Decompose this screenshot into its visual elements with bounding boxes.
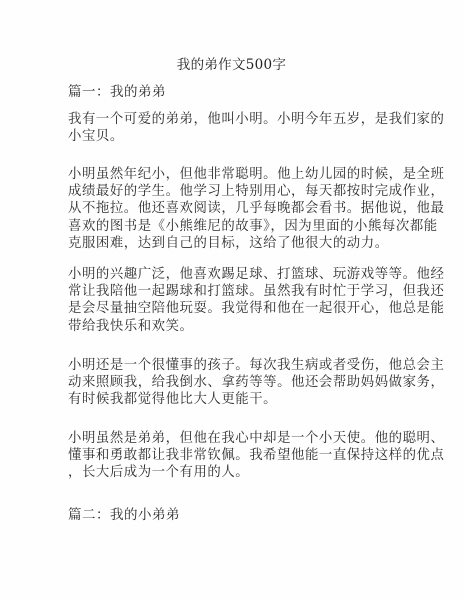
text-line: 小明虽然年纪小，但他非常聪明。他上幼儿园的时候，是全班 (68, 166, 408, 183)
text-line: 动来照顾我，给我倒水、拿药等等。他还会帮助妈妈做家务， (68, 374, 408, 391)
paragraph-3: 小明的兴趣广泛，他喜欢踢足球、打篮球、玩游戏等等。他经 常让我陪他一起踢球和打篮… (68, 266, 408, 335)
text-line: 小明还是一个很懂事的孩子。每次我生病或者受伤，他总会主 (68, 357, 408, 374)
document-page: 我的弟作文500字 篇一：我的弟弟 我有一个可爱的弟弟，他叫小明。小明今年五岁，… (0, 0, 463, 600)
section-heading-2: 篇二：我的小弟弟 (68, 503, 180, 523)
paragraph-2: 小明虽然年纪小，但他非常聪明。他上幼儿园的时候，是全班 成绩最好的学生。他学习上… (68, 166, 408, 252)
text-line: 有时候我都觉得他比大人更能干。 (68, 391, 408, 408)
text-line: 带给我快乐和欢笑。 (68, 318, 408, 335)
text-line: 常让我陪他一起踢球和打篮球。虽然我有时忙于学习，但我还 (68, 283, 408, 300)
text-line: 我有一个可爱的弟弟，他叫小明。小明今年五岁，是我们家的 (68, 111, 408, 128)
text-line: ，长大后成为一个有用的人。 (68, 464, 408, 481)
text-line: 从不拖拉。他还喜欢阅读，几乎每晚都会看书。据他说，他最 (68, 200, 408, 217)
text-line: 小明虽然是弟弟，但他在我心中却是一个小天使。他的聪明、 (68, 430, 408, 447)
text-line: 懂事和勇敢都让我非常钦佩。我希望他能一直保持这样的优点 (68, 447, 408, 464)
text-line: 是会尽量抽空陪他玩耍。我觉得和他在一起很开心，他总是能 (68, 300, 408, 317)
text-line: 喜欢的图书是《小熊维尼的故事》，因为里面的小熊每次都能 (68, 218, 408, 235)
text-line: 成绩最好的学生。他学习上特别用心，每天都按时完成作业， (68, 183, 408, 200)
text-line: 小明的兴趣广泛，他喜欢踢足球、打篮球、玩游戏等等。他经 (68, 266, 408, 283)
section-heading-1: 篇一：我的弟弟 (68, 80, 166, 100)
paragraph-1: 我有一个可爱的弟弟，他叫小明。小明今年五岁，是我们家的 小宝贝。 (68, 111, 408, 145)
document-title: 我的弟作文500字 (0, 53, 463, 73)
paragraph-4: 小明还是一个很懂事的孩子。每次我生病或者受伤，他总会主 动来照顾我，给我倒水、拿… (68, 357, 408, 409)
paragraph-5: 小明虽然是弟弟，但他在我心中却是一个小天使。他的聪明、 懂事和勇敢都让我非常钦佩… (68, 430, 408, 482)
text-line: 克服困难，达到自己的目标，这给了他很大的动力。 (68, 235, 408, 252)
text-line: 小宝贝。 (68, 128, 408, 145)
